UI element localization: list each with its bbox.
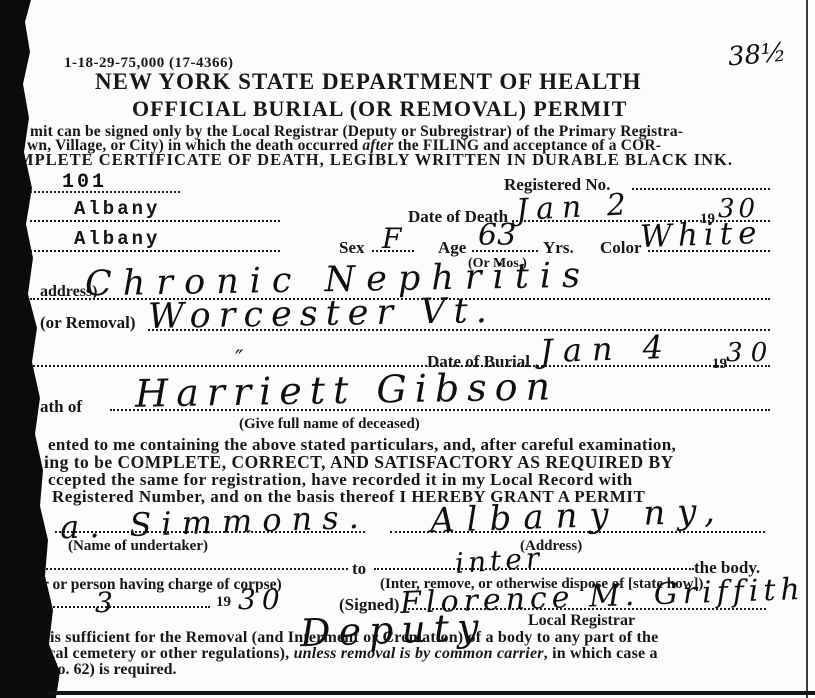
date-of-burial-value: Jan 4 [539,328,673,371]
document-title-line2: OFFICIAL BURIAL (OR REMOVAL) PERMIT [132,96,627,122]
dotted-line [30,220,280,222]
right-border-line [806,0,808,698]
district-number-value: 101 [62,171,107,194]
burial-permit-document: 1-18-29-75,000 (17-4366) 38½ NEW YORK ST… [0,0,815,698]
dotted-line [30,568,348,570]
footer-line2-post: , in which case a [544,645,658,662]
permit-date-day-value: 3 [95,586,113,619]
year-prefix-printed: 19 [712,356,727,373]
registered-no-blank-line [632,188,770,190]
intro-paragraph-line3: MPLETE CERTIFICATE OF DEATH, LEGIBLY WRI… [18,150,733,170]
color-value: White [639,215,763,255]
place-of-burial-value: Worcester Vt. [148,291,495,337]
footer-line3: No. 62) is required. [46,661,177,679]
bottom-border-line [48,691,815,695]
death-of-label-fragment: ath of [40,397,82,417]
age-value: 63 [478,218,516,253]
handwritten-page-number: 38½ [727,38,788,73]
age-label: Age [438,238,466,258]
place-value-line2: Albany [74,228,160,250]
date-of-death-value: Jan 2 [515,187,635,228]
dotted-line [30,606,210,608]
or-removal-label: (or Removal) [40,313,136,333]
permit-year-value: 30 [238,583,286,616]
document-title-line1: NEW YORK STATE DEPARTMENT OF HEALTH [95,69,641,95]
to-label: to [352,559,366,579]
sex-label: Sex [339,238,365,258]
sex-value: F [382,222,401,255]
deceased-name-value: Harriett Gibson [135,364,559,415]
dotted-line [30,250,280,252]
ditto-mark: ″ [235,347,243,372]
date-of-burial-year-value: 3 0 [726,338,767,368]
full-name-hint: (Give full name of deceased) [239,416,420,433]
disposition-value: inter [454,541,544,580]
place-value-line1: Albany [74,198,160,220]
footer-line2-pre: ocal cemetery or other regulations), [40,645,294,662]
deputy-annotation: Deputy [299,605,487,655]
year-prefix-printed: 19 [216,594,231,611]
color-label: Color [600,238,642,258]
